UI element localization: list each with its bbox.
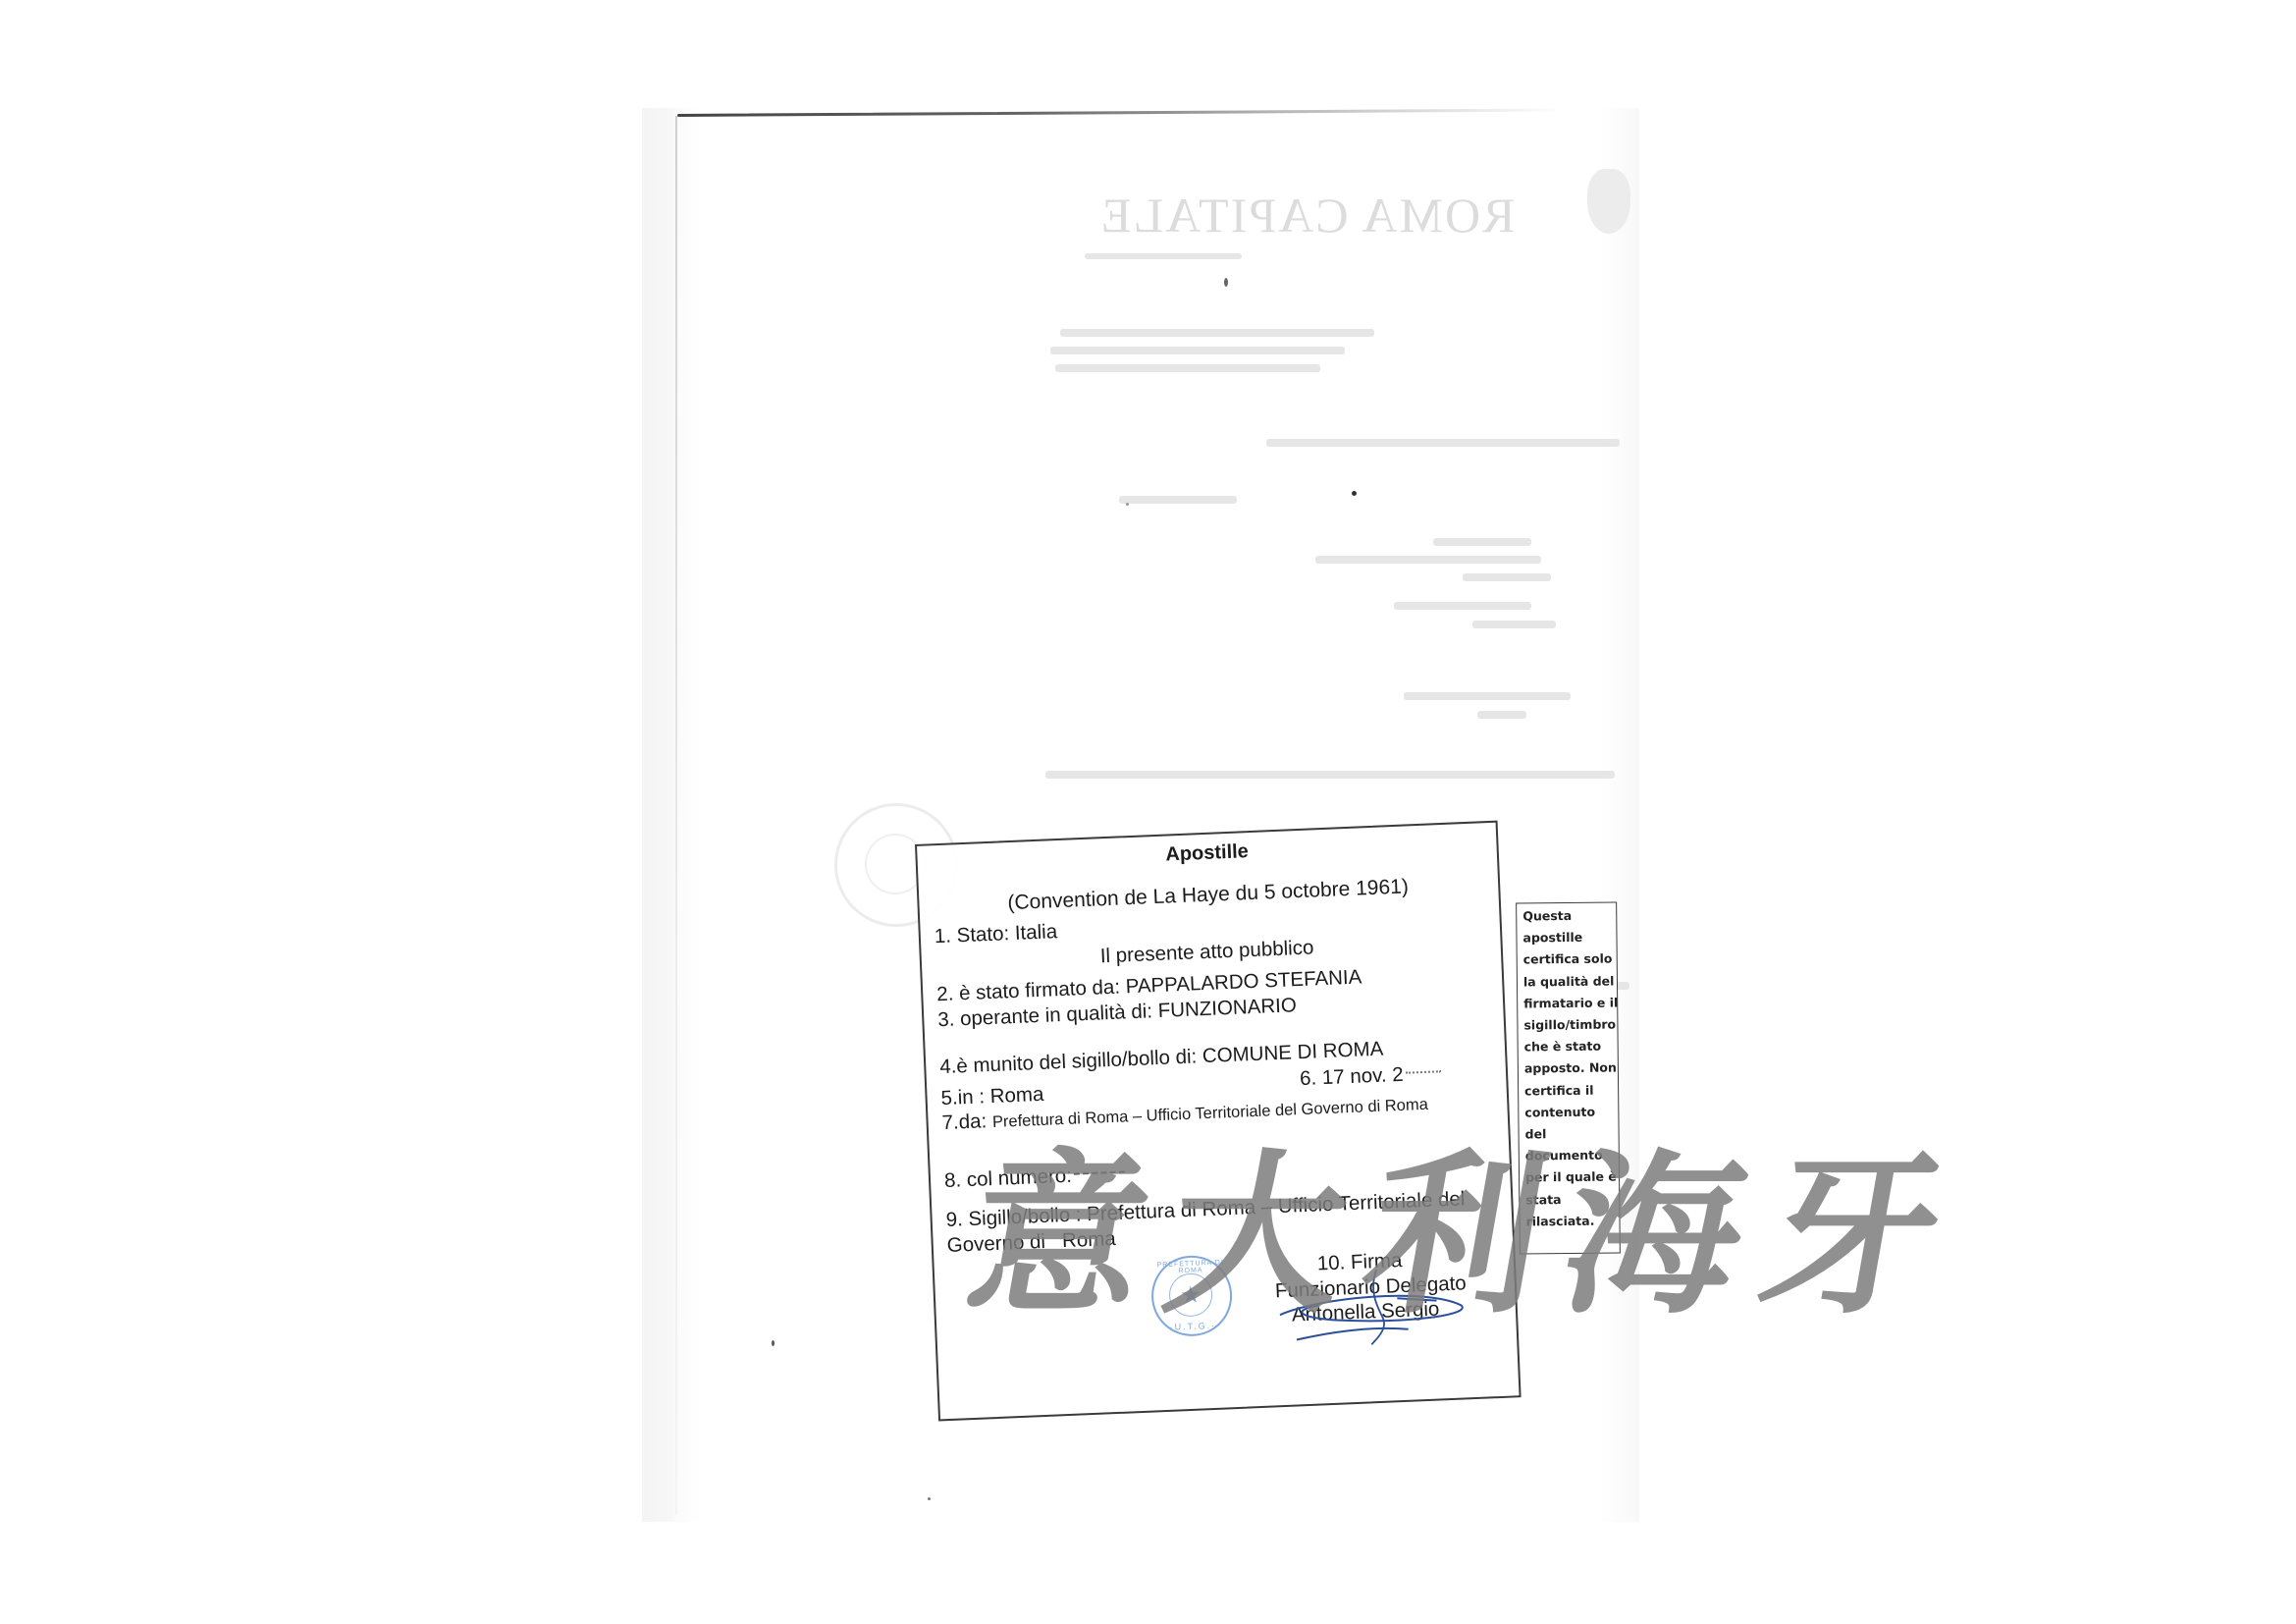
bleed-line	[1085, 253, 1242, 259]
redaction-mark	[1406, 1070, 1441, 1079]
disclaimer-line: apposto. Non	[1524, 1057, 1618, 1080]
bleed-line	[1045, 771, 1615, 779]
bleed-line	[1266, 439, 1620, 447]
scan-speck	[1352, 491, 1357, 496]
disclaimer-line: sigillo/timbro	[1523, 1013, 1617, 1036]
disclaimer-line: certifica solo	[1523, 948, 1617, 971]
scan-speck	[1126, 503, 1129, 506]
apostille-field-luogo: 5.in : Roma	[940, 1083, 1044, 1110]
bleed-line	[1050, 347, 1345, 354]
apostille-data-text: 6. 17 nov. 2	[1300, 1063, 1404, 1090]
bleed-crest-icon	[1587, 169, 1630, 234]
bleed-line	[1477, 711, 1526, 719]
watermark: 意大利海牙	[956, 1149, 1978, 1324]
bleed-line	[1315, 556, 1541, 564]
bleed-line	[1060, 329, 1374, 337]
disclaimer-line: Questa	[1522, 904, 1616, 927]
apostille-da-label: 7.da:	[941, 1110, 988, 1134]
bleed-line	[1463, 573, 1551, 581]
bleed-line	[1472, 621, 1556, 628]
bleed-line	[1119, 496, 1237, 504]
disclaimer-line: apostille	[1522, 927, 1616, 949]
disclaimer-line: la qualità del	[1523, 970, 1617, 993]
apostille-field-stato: 1. Stato: Italia	[934, 920, 1057, 948]
disclaimer-line: contenuto	[1524, 1101, 1618, 1123]
bleed-line	[1404, 692, 1571, 700]
apostille-convention: (Convention de La Haye du 5 octobre 1961…	[1007, 875, 1409, 915]
disclaimer-line: che è stato	[1524, 1036, 1618, 1058]
disclaimer-line: firmatario e il	[1523, 992, 1617, 1014]
disclaimer-line: certifica il	[1524, 1079, 1618, 1102]
apostille-atto: Il presente atto pubblico	[1099, 936, 1313, 968]
scan-speck	[928, 1497, 931, 1500]
apostille-field-data: 6. 17 nov. 2	[1300, 1061, 1441, 1091]
apostille-da-value: Prefettura di Roma – Ufficio Territorial…	[992, 1096, 1429, 1131]
scan-speck	[1224, 278, 1228, 287]
bleed-letterhead-title: ROMA CAPITALE	[1099, 187, 1515, 244]
bleed-line	[1433, 538, 1531, 546]
scan-speck	[772, 1340, 774, 1346]
bleed-line	[1055, 364, 1320, 372]
bleed-line	[1394, 602, 1531, 610]
page-left-edge	[675, 116, 677, 1515]
